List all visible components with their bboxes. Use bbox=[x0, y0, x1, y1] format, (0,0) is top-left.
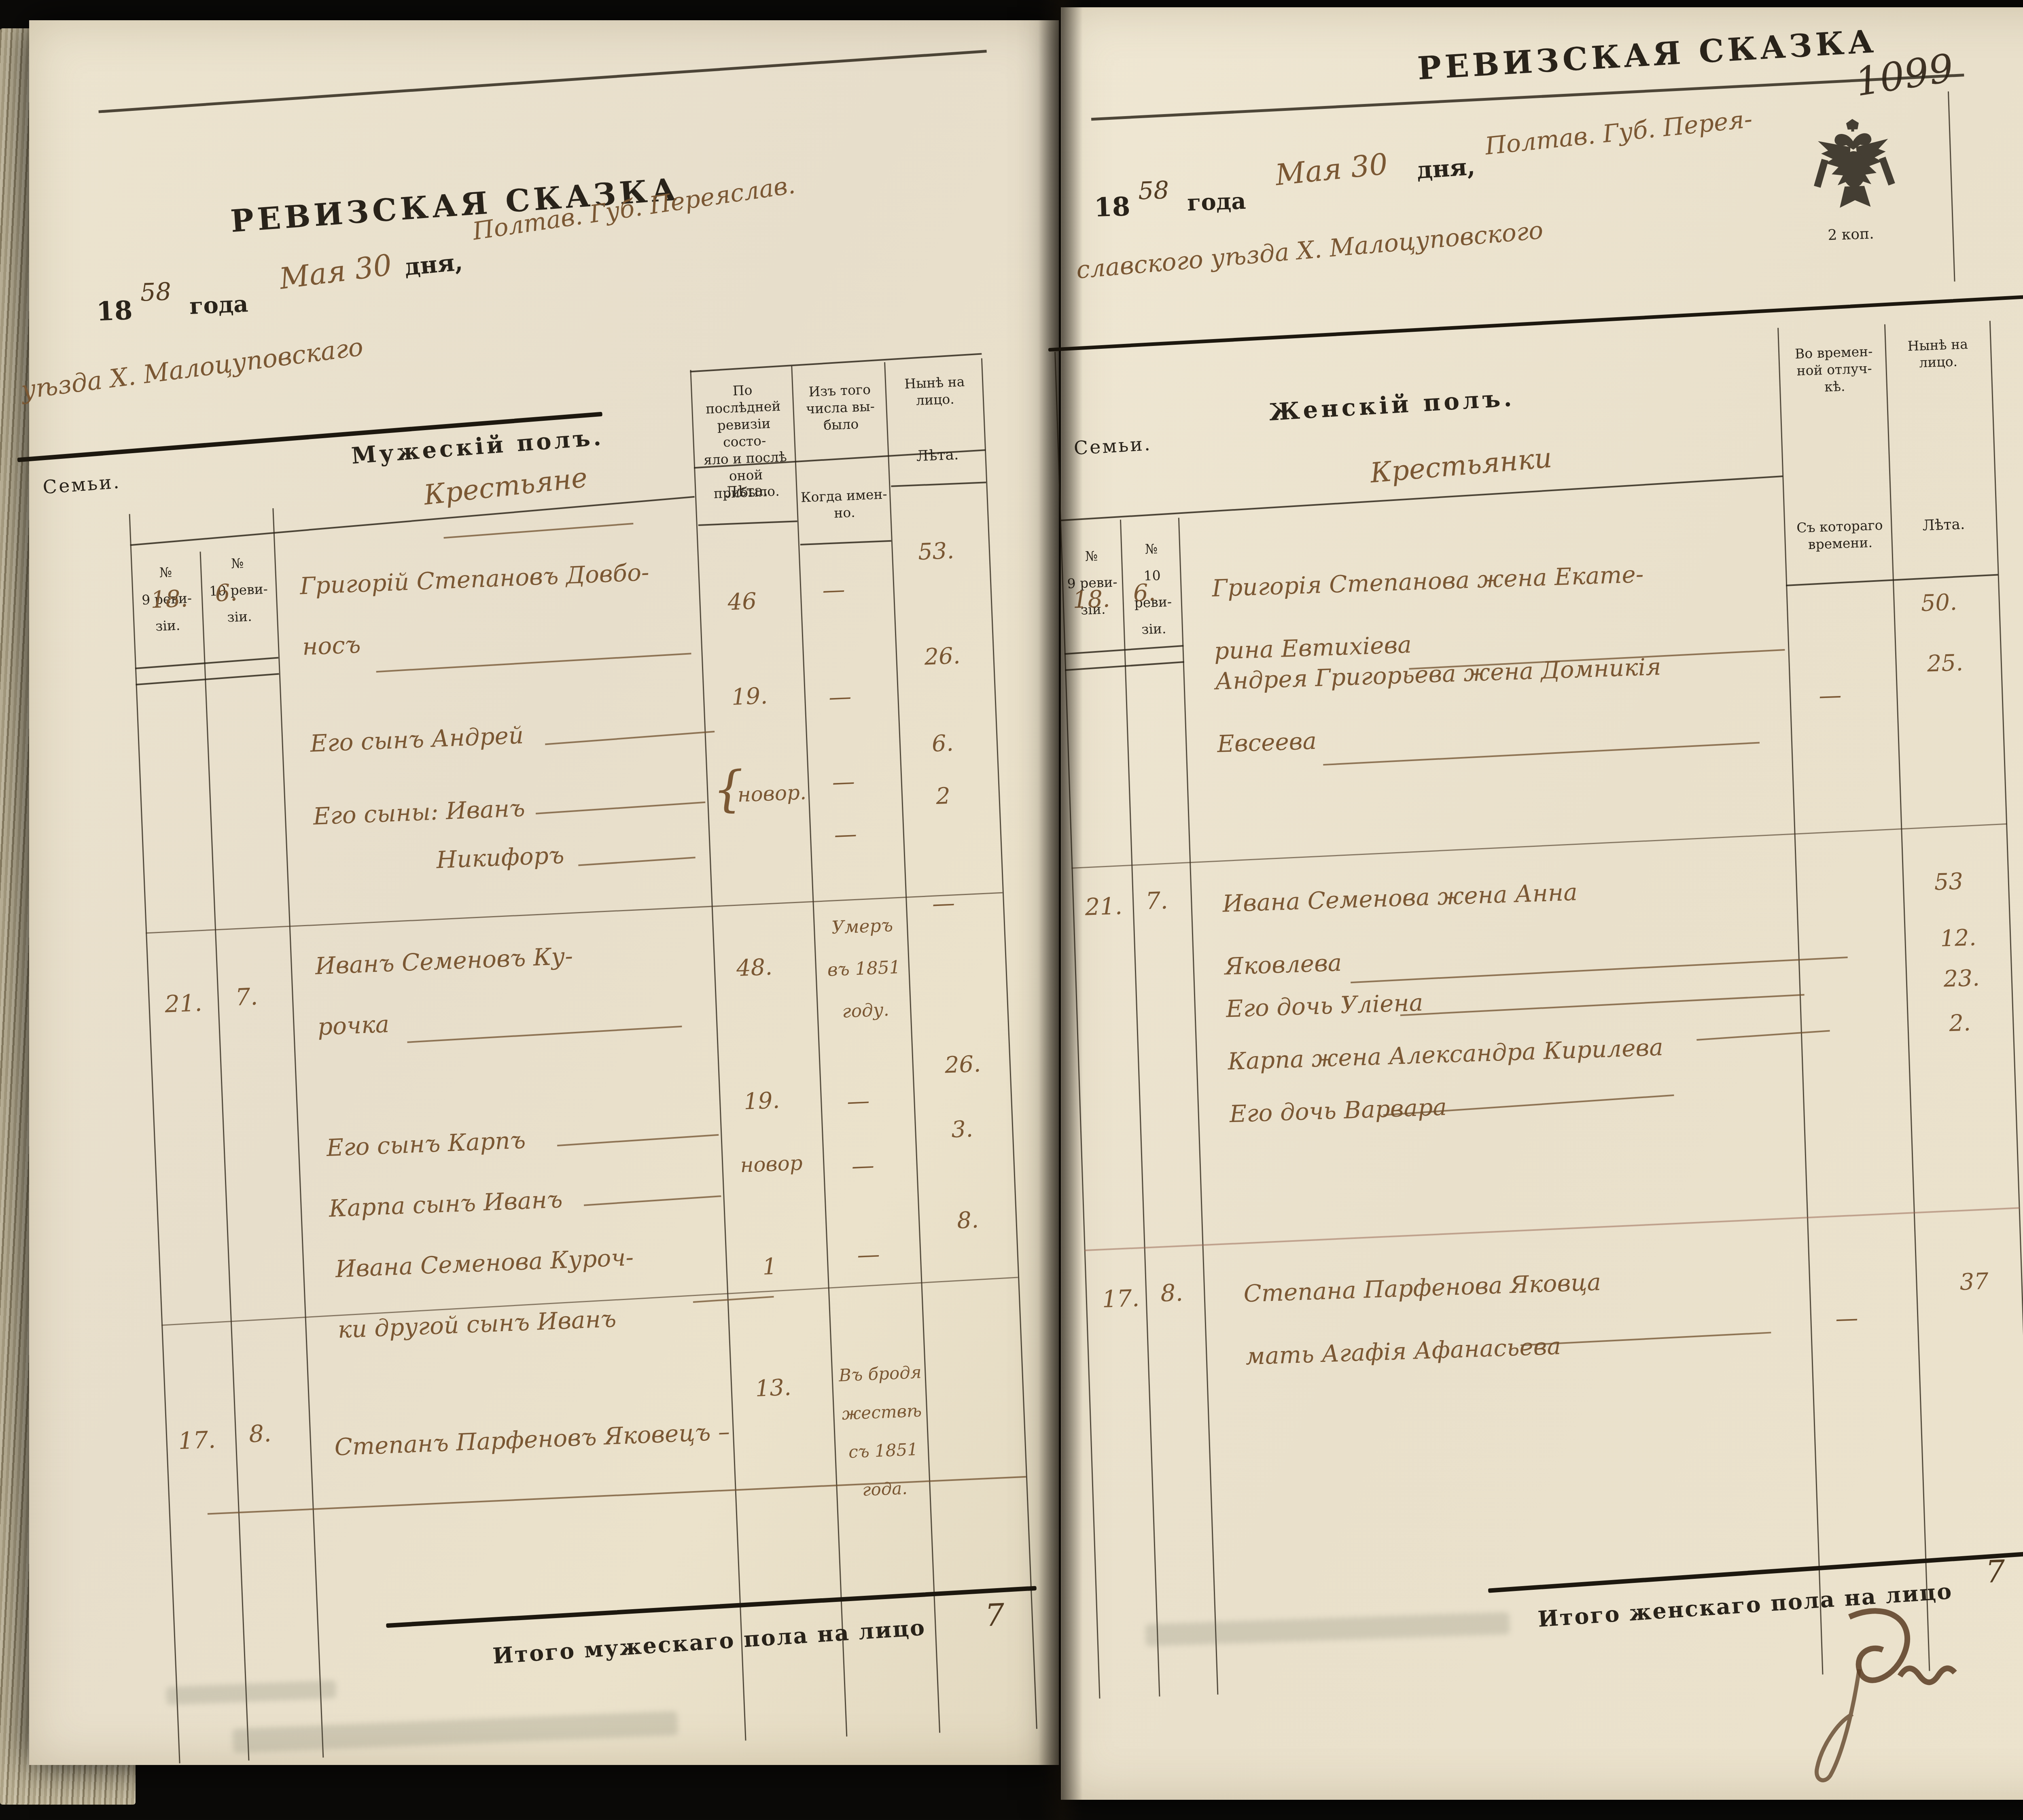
subcol-since-when: Съ котораго времени. bbox=[1788, 516, 1892, 554]
row-age: 2. bbox=[1949, 1010, 1971, 1037]
row-name: Карпа сынъ Иванъ bbox=[328, 1169, 564, 1239]
date-day-handwritten: Мая 30 bbox=[1274, 147, 1389, 192]
row-name: Его дочь Варвара bbox=[1228, 1076, 1448, 1146]
total-label: Итого мужескаго пола на лицо bbox=[492, 1614, 927, 1669]
group-heading-peasants: Крестьяне bbox=[422, 462, 589, 511]
page-title: РЕВИЗСКАЯ СКАЗКА bbox=[1417, 23, 1878, 87]
col-header-family: Семьи. bbox=[1073, 433, 1152, 459]
row-name: Ивана Семенова Куроч- ки другой сынъ Ива… bbox=[334, 1227, 637, 1360]
name-flourish bbox=[557, 1134, 719, 1147]
row-since: — bbox=[1835, 1305, 1858, 1332]
row-rev9: 17. bbox=[178, 1426, 216, 1455]
row-when: — bbox=[851, 1152, 875, 1179]
row-name: Андрея Григорьева жена Домникія Евсеева bbox=[1214, 635, 1665, 775]
col-divider-rev bbox=[1120, 520, 1160, 1696]
row-rev10: 7. bbox=[1145, 887, 1168, 915]
ink-bleedthrough bbox=[1145, 1612, 1510, 1646]
row-when: — bbox=[857, 1241, 880, 1268]
row-rev9: 17. bbox=[1102, 1284, 1140, 1313]
col-divider-years-prev bbox=[690, 370, 746, 1740]
subcol-years-now: Лѣта. bbox=[894, 445, 981, 466]
book-scan: { "page_number": "1099", "stamp": { "ico… bbox=[0, 0, 2023, 1820]
date-place-line1: Полтав. Губ. Перея- bbox=[1484, 105, 1754, 161]
when-underline bbox=[800, 540, 891, 545]
col-header-now-present: Нынѣ на лицо. bbox=[889, 373, 981, 410]
date-goda: года bbox=[189, 291, 249, 320]
row-when: — bbox=[828, 683, 852, 711]
book-gutter-shadow bbox=[1038, 0, 1083, 1820]
years2-underline bbox=[891, 482, 986, 487]
col-header-family: Семьи. bbox=[42, 471, 121, 498]
row-years-now: — bbox=[932, 890, 956, 917]
date-year-handwritten: 58 bbox=[140, 278, 172, 307]
row-years-prev: 13. bbox=[755, 1374, 792, 1402]
row-when-note: Умеръ въ 1851 году. bbox=[821, 904, 907, 1034]
years1-underline bbox=[698, 520, 797, 526]
group-heading-peasant-women: Крестьянки bbox=[1369, 442, 1553, 489]
name-flourish bbox=[693, 1296, 774, 1303]
header-top-rule bbox=[98, 50, 986, 113]
col-header-absent: Во времен- ной отлуч- кѣ. bbox=[1783, 343, 1886, 397]
table-border-left bbox=[129, 514, 180, 1763]
date-day-handwritten: Мая 30 bbox=[278, 248, 394, 296]
row-rev10: 6. bbox=[214, 579, 238, 607]
row-name: Степанъ Парфеновъ Яковецъ – bbox=[333, 1401, 731, 1478]
row-years-prev: 19. bbox=[731, 683, 768, 711]
col-header-female-sex: Женскій полъ. bbox=[1268, 384, 1516, 426]
row-when-note: Въ бродя жествѣ съ 1851 года. bbox=[837, 1353, 928, 1510]
col-divider-rev bbox=[200, 552, 250, 1761]
date-prefix: 18 bbox=[1094, 191, 1131, 223]
col-divider-name-left bbox=[272, 508, 324, 1758]
header-top-rule bbox=[1091, 74, 1964, 121]
date-goda: года bbox=[1187, 188, 1246, 216]
row-years-now: 26. bbox=[944, 1051, 982, 1079]
right-page: 1099 РЕВИЗСКАЯ СКАЗКА 18 58 года Мая 30 … bbox=[1061, 7, 2023, 1800]
row-age: 23. bbox=[1943, 965, 1980, 993]
row-years-prev: 48. bbox=[736, 954, 773, 982]
row-age: 37 bbox=[1959, 1268, 1989, 1295]
row-years-now: 26. bbox=[924, 643, 961, 670]
stamp-denomination: 2 коп. bbox=[1828, 225, 1874, 244]
row-age: 50. bbox=[1921, 589, 1957, 617]
rev-subheader-rule2 bbox=[136, 673, 279, 685]
row-years-now: 53. bbox=[918, 538, 955, 566]
col-divider-when bbox=[791, 366, 847, 1736]
row-name: Степана Парфенова Яковца мать Агафія Афа… bbox=[1243, 1251, 1604, 1388]
row-rev9: 21. bbox=[164, 989, 203, 1018]
total-value: 7 bbox=[984, 1597, 1005, 1633]
subcol-when-exactly: Когда имен- но. bbox=[800, 486, 888, 523]
table-border-right bbox=[981, 358, 1037, 1729]
ink-bleedthrough bbox=[166, 1680, 336, 1705]
main-header-rule bbox=[130, 496, 695, 546]
row-rev10: 8. bbox=[248, 1419, 272, 1448]
signature-flourish bbox=[1728, 1597, 1976, 1791]
row-rev10: 7. bbox=[235, 983, 258, 1011]
row-name: Его сынъ Андрей bbox=[309, 705, 525, 774]
row-age: 12. bbox=[1940, 925, 1976, 952]
row-years-now: 3. bbox=[951, 1116, 973, 1143]
table-border-right bbox=[1989, 321, 2023, 1667]
left-page: РЕВИЗСКАЯ СКАЗКА 18 58 года Мая 30 дня, … bbox=[29, 20, 1059, 1765]
name-flourish bbox=[536, 802, 705, 815]
row-when: — bbox=[834, 821, 858, 848]
name-flourish bbox=[1400, 994, 1805, 1016]
row-name: Григорій Степановъ Довбо- носъ bbox=[299, 542, 653, 677]
date-place-line2: славского уѣзда Х. Малоцуповского bbox=[1075, 216, 1544, 284]
date-dnya: дня, bbox=[1416, 153, 1476, 184]
name-flourish bbox=[1696, 1030, 1830, 1040]
row-years-now: 6. bbox=[931, 730, 954, 757]
row-years-now: 8. bbox=[956, 1207, 979, 1234]
row-rev10: 6. bbox=[1133, 579, 1156, 607]
row-years-now: 2 bbox=[935, 783, 951, 810]
group-heading-flourish bbox=[443, 523, 633, 539]
subcol-years: Лѣта. bbox=[1898, 515, 1989, 535]
row-age: 25. bbox=[1927, 650, 1964, 677]
col-header-now-present: Нынѣ на лицо. bbox=[1890, 335, 1986, 372]
col-divider-name-left bbox=[1178, 518, 1218, 1695]
row-name: Никифоръ bbox=[435, 825, 566, 891]
upper-cols-top-rule bbox=[690, 353, 982, 372]
row-years-prev: новор bbox=[740, 1151, 803, 1177]
total-value: 7 bbox=[1985, 1553, 2006, 1590]
subcol-rev10: № 10 реви- зіи. bbox=[202, 549, 275, 632]
family-separator-2 bbox=[1084, 1207, 2020, 1251]
total-rule bbox=[386, 1586, 1037, 1628]
name-flourish bbox=[545, 731, 715, 745]
ink-bleedthrough bbox=[232, 1711, 678, 1753]
row-years-prev: 19. bbox=[743, 1087, 780, 1115]
col-header-departed: Изъ того числа вы- было bbox=[796, 380, 885, 435]
date-prefix: 18 bbox=[96, 295, 133, 327]
row-when: — bbox=[846, 1088, 870, 1115]
stamp-frame-rule bbox=[1948, 91, 1955, 282]
imperial-eagle-stamp-icon bbox=[1810, 117, 1898, 225]
row-rev9: 21. bbox=[1085, 892, 1123, 921]
since-subheader-rule bbox=[1786, 574, 1998, 586]
row-rev9: 18. bbox=[150, 585, 189, 614]
name-flourish bbox=[584, 1195, 721, 1206]
name-flourish bbox=[578, 857, 696, 866]
rev-subheader-rule1 bbox=[135, 657, 278, 669]
row-years-prev: 1 bbox=[762, 1254, 777, 1280]
row-name: Его сынъ Карпъ bbox=[325, 1109, 527, 1178]
row-when: — bbox=[822, 577, 846, 604]
row-since: — bbox=[1818, 682, 1842, 709]
row-years-prev: новор. bbox=[737, 781, 807, 807]
row-years-prev: 46 bbox=[727, 588, 757, 615]
row-when: — bbox=[831, 768, 855, 795]
date-year-handwritten: 58 bbox=[1138, 176, 1170, 205]
date-dnya: дня, bbox=[403, 248, 464, 281]
row-name: Иванъ Семеновъ Ку- рочка bbox=[314, 925, 577, 1057]
col-divider-years-now bbox=[884, 362, 940, 1733]
row-age: 53 bbox=[1934, 868, 1964, 895]
row-rev10: 8. bbox=[1160, 1279, 1183, 1307]
date-place-line2: уѣзда Х. Малоцуповскаго bbox=[19, 332, 365, 405]
